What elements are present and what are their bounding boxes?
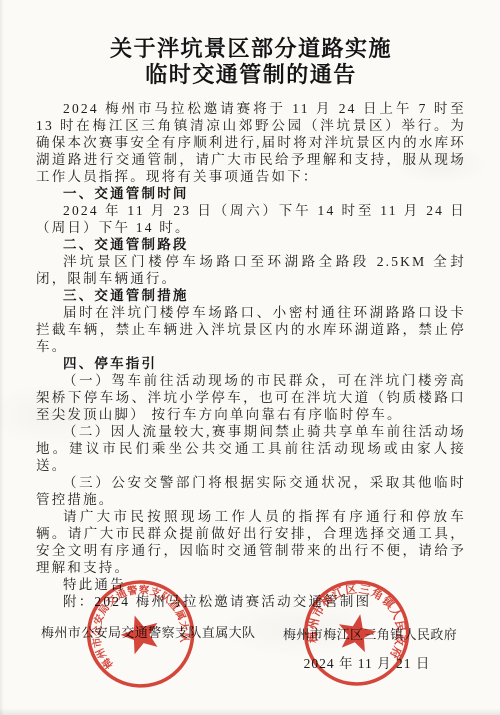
section-4-heading: 四、停车指引 xyxy=(36,355,466,372)
section-4-paragraph-1: （一）驾车前往活动现场的市民群众，可在泮坑门楼旁高架桥下停车场、泮坑小学停车，也… xyxy=(36,372,466,423)
seal-star-icon xyxy=(335,611,379,654)
section-2-paragraph: 泮坑景区门楼停车场路口至环湖路全路段 2.5KM 全封闭，限制车辆通行。 xyxy=(36,253,466,287)
official-seal-right: 梅州市梅江区三角镇人民政府 xyxy=(293,567,422,696)
section-4-paragraph-2: （二）因人流量较大,赛事期间禁止骑共享单车前往活动场地。建议市民们乘坐公共交通工… xyxy=(36,423,466,474)
notice-document: 关于泮坑景区部分道路实施 临时交通管制的通告 2024 梅州市马拉松邀请赛将于 … xyxy=(36,30,466,610)
section-1-paragraph: 2024 年 11 月 23 日（周六）下午 14 时至 11 月 24 日（周… xyxy=(36,202,466,236)
section-3-paragraph: 届时在泮坑门楼停车场路口、小密村通往环湖路路口设卡拦截车辆，禁止车辆进入泮坑景区… xyxy=(36,304,466,355)
notice-title-line-1: 关于泮坑景区部分道路实施 xyxy=(36,36,466,62)
seal-star-icon xyxy=(116,610,164,657)
notice-body: 2024 梅州市马拉松邀请赛将于 11 月 24 日上午 7 时至 13 时在梅… xyxy=(36,100,466,610)
intro-paragraph: 2024 梅州市马拉松邀请赛将于 11 月 24 日上午 7 时至 13 时在梅… xyxy=(36,100,466,185)
section-2-heading: 二、交通管制路段 xyxy=(36,236,466,253)
section-3-heading: 三、交通管制措施 xyxy=(36,287,466,304)
section-4-paragraph-3: （三）公安交警部门将根据实际交通状况，采取其他临时管控措施。 xyxy=(36,474,466,508)
closing-paragraph: 请广大市民按照现场工作人员的指挥有序通行和停放车辆。请广大市民群众提前做好出行安… xyxy=(36,508,466,576)
notice-title: 关于泮坑景区部分道路实施 临时交通管制的通告 xyxy=(36,36,466,88)
notice-title-line-2: 临时交通管制的通告 xyxy=(36,62,466,88)
scanned-notice-page: 关于泮坑景区部分道路实施 临时交通管制的通告 2024 梅州市马拉松邀请赛将于 … xyxy=(0,0,500,715)
section-1-heading: 一、交通管制时间 xyxy=(36,185,466,202)
